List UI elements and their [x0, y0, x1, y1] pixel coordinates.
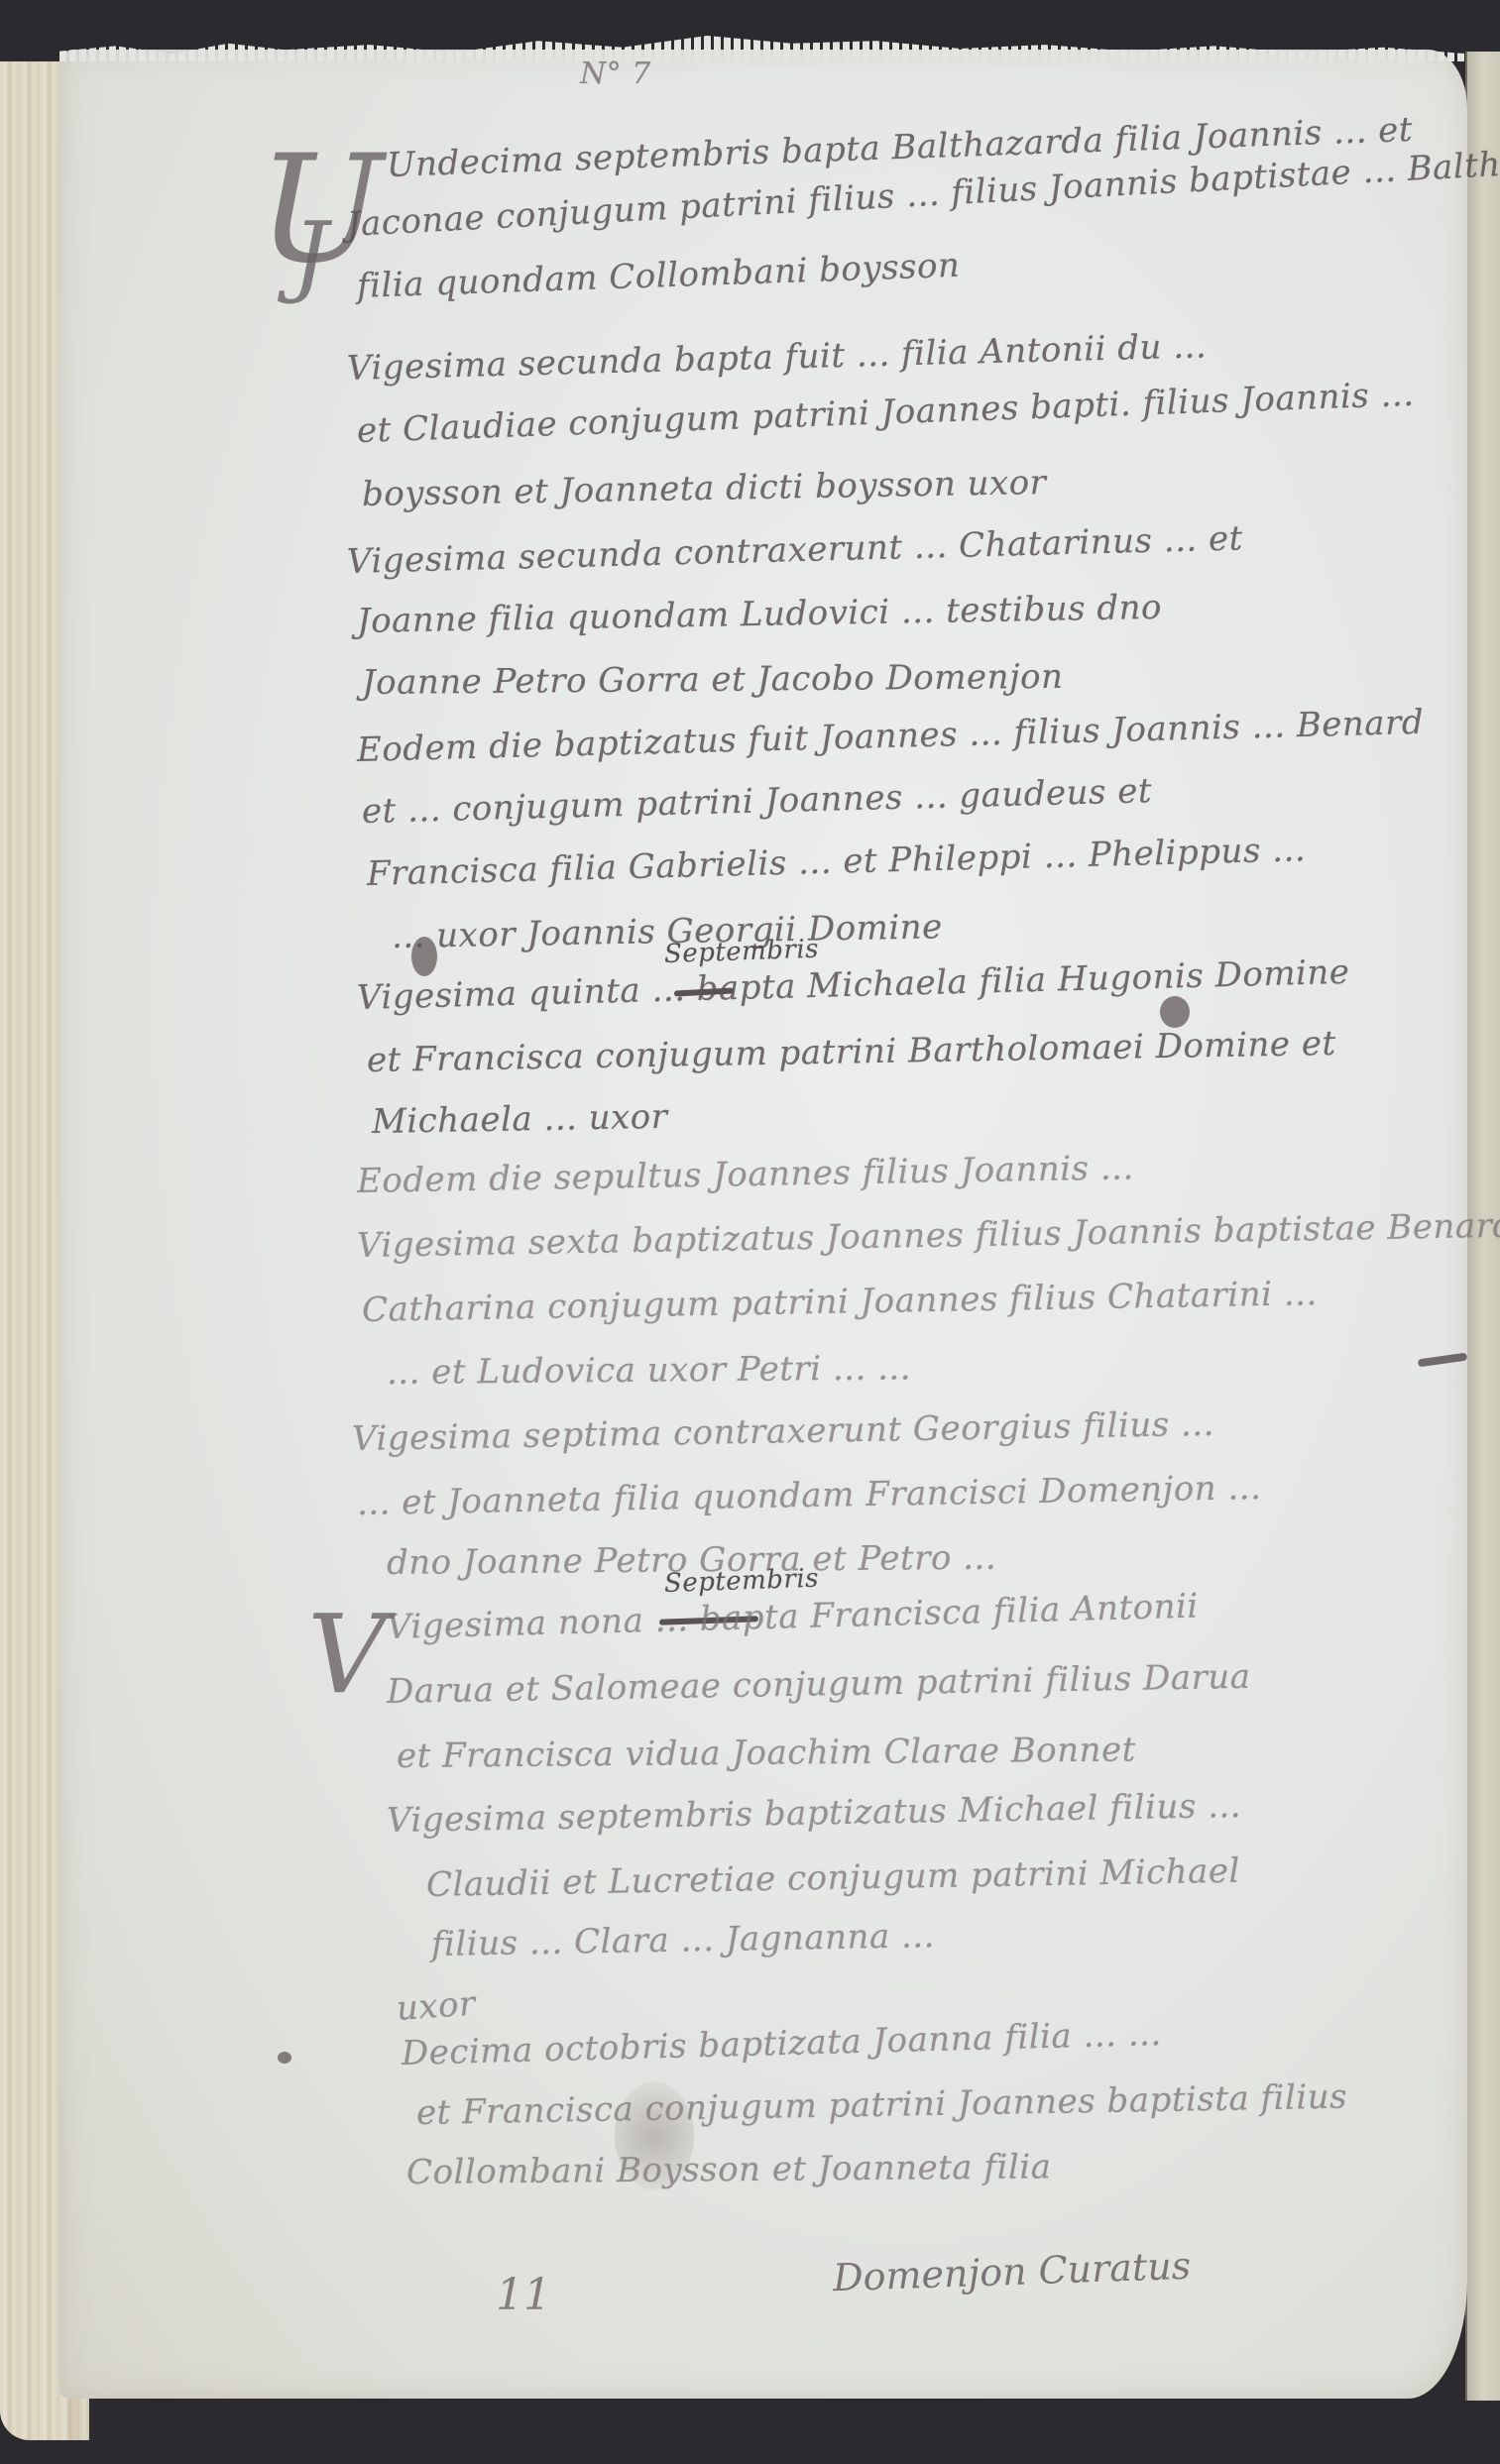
entry-2-line-2: et Claudiae conjugum patrini Joannes bap…: [356, 378, 1415, 448]
entry-10-line-3: filius ... Clara ... Jagnanna ...: [431, 1919, 935, 1961]
entry-6-line-1: Eodem die sepultus Joannes filius Joanni…: [357, 1151, 1134, 1198]
decorative-initial-j: J: [292, 203, 328, 307]
entry-8-line-1: Vigesima septima contraxerunt Georgius f…: [352, 1407, 1215, 1456]
entry-1-line-3: filia quondam Collombani boysson: [356, 249, 960, 303]
manuscript-page: N° 7 U J Undecima septembris bapta Balth…: [59, 50, 1467, 2399]
entry-10-line-2: Claudii et Lucretiae conjugum patrini Mi…: [426, 1854, 1240, 1902]
entry-9-margin-correction: Septembris: [664, 1566, 820, 1597]
entry-11-line-3: Collombani Boysson et Joanneta filia: [406, 2150, 1052, 2189]
header-mark: N° 7: [580, 59, 651, 89]
entry-9-line-1: Vigesima nona ... bapta Francisca filia …: [387, 1590, 1200, 1644]
torn-top-edge: [59, 36, 1467, 61]
entry-3-line-3: Joanne Petro Gorra et Jacobo Domenjon: [362, 660, 1064, 700]
entry-9-line-2: Darua et Salomeae conjugum patrini filiu…: [387, 1660, 1251, 1709]
ink-blot: [411, 937, 437, 976]
scan-background: N° 7 U J Undecima septembris bapta Balth…: [0, 0, 1500, 2464]
page-number: 11: [496, 2270, 551, 2320]
water-stain: [615, 2081, 694, 2190]
entry-8-line-2: ... et Joanneta filia quondam Francisci …: [357, 1471, 1262, 1520]
entry-10-line-1: Vigesima septembris baptizatus Michael f…: [387, 1789, 1242, 1838]
entry-11-line-1: Decima octobris baptizata Joanna filia .…: [402, 2017, 1162, 2071]
entry-5-line-1: Vigesima quinta ... bapta Michaela filia…: [357, 955, 1350, 1015]
entry-5-margin-correction: Septembris: [664, 937, 820, 967]
entry-7-line-3: ... et Ludovica uxor Petri ... ...: [387, 1351, 911, 1390]
curate-signature: Domenjon Curatus: [832, 2244, 1191, 2300]
entry-2-line-3: boysson et Joanneta dicti boysson uxor: [362, 466, 1047, 511]
entry-7-line-1: Vigesima sexta baptizatus Joannes filius…: [357, 1208, 1500, 1263]
ink-blot: [1160, 996, 1190, 1028]
entry-4-line-3: Francisca filia Gabrielis ... et Philepp…: [367, 833, 1307, 891]
margin-dash-mark: [1418, 1353, 1468, 1368]
entry-11-line-2: et Francisca conjugum patrini Joannes ba…: [416, 2080, 1348, 2130]
entry-7-line-2: Catharina conjugum patrini Joannes filiu…: [362, 1277, 1318, 1327]
entry-3-line-1: Vigesima secunda contraxerunt ... Chatar…: [347, 521, 1244, 579]
entry-4-line-2: et ... conjugum patrini Joannes ... gaud…: [362, 774, 1153, 829]
entry-3-line-2: Joanne filia quondam Ludovici ... testib…: [357, 591, 1163, 638]
entry-9-line-3: et Francisca vidua Joachim Clarae Bonnet: [397, 1733, 1136, 1773]
entry-5-line-3: Michaela ... uxor: [372, 1100, 668, 1139]
decorative-initial-v: V: [307, 1591, 386, 1718]
entry-2-line-1: Vigesima secunda bapta fuit ... filia An…: [347, 329, 1208, 386]
margin-dot: [278, 2052, 291, 2064]
entry-5-line-2: et Francisca conjugum patrini Bartholoma…: [367, 1027, 1336, 1077]
entry-10-line-4: uxor: [396, 1986, 477, 2025]
entry-4-line-1: Eodem die baptizatus fuit Joannes ... fi…: [357, 706, 1425, 767]
